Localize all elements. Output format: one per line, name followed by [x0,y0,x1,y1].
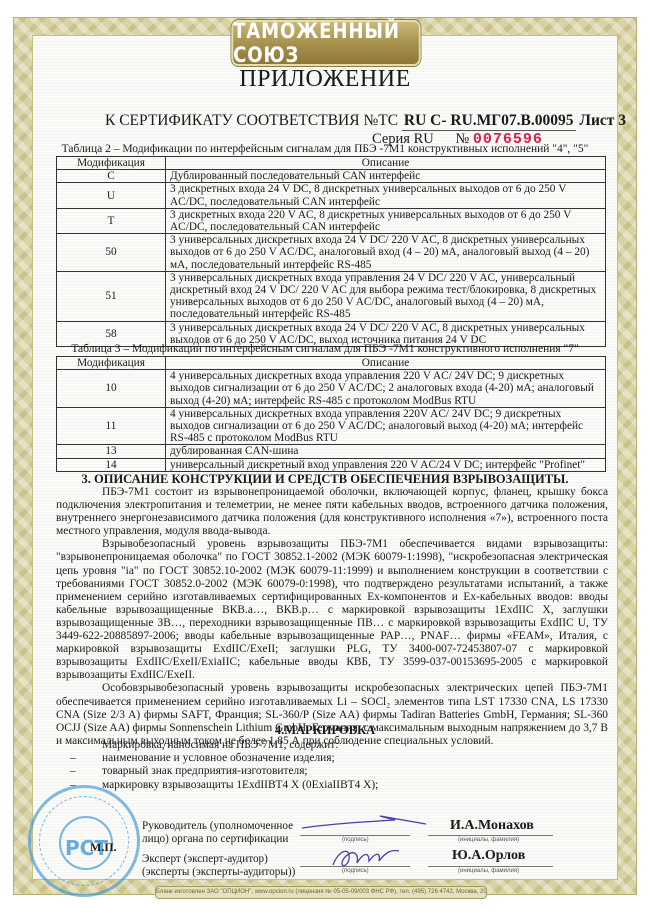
column-header-description: Описание [166,157,606,170]
modification-description: дублированная CAN-шина [166,445,606,458]
document-title: ПРИЛОЖЕНИЕ [0,66,650,93]
table-row: U3 дискретных входа 24 V DC, 8 дискретны… [57,183,606,208]
table-row: 13дублированная CAN-шина [57,445,606,458]
stamp-place-label: М.П. [90,840,117,855]
section4-heading: 4.МАРКИРОВКА [0,723,650,738]
column-header-modification: Модификация [57,157,166,170]
modification-description: универсальный дискретный вход управления… [166,458,606,471]
marking-item-text: товарный знак предприятия-изготовителя; [102,765,308,778]
head-role: Руководитель (уполномоченное лицо) орган… [142,820,293,845]
head-name-hint: (инициалы, фамилия) [458,837,519,843]
dash-bullet-icon: – [70,752,102,765]
expert-name-line [428,866,553,867]
marking-intro: Маркировка, наносимая на ПБЭ-7М1, содерж… [102,739,338,751]
certificate-number: RU C- RU.МГ07.В.00095 [402,112,576,131]
section3-paragraph: Взрывобезопасный уровень взрывозащиты ПБ… [56,538,608,682]
sheet-number: Лист 3 [579,112,626,129]
customs-union-banner: ТАМОЖЕННЫЙ СОЮЗ [231,20,420,66]
table3-modifications: Модификация Описание 104 универсальных д… [56,356,606,472]
head-role-line2: лицо) органа по сертификации [142,833,293,846]
head-signature-hint: (подпись) [342,837,369,843]
head-name-line [428,835,553,836]
modification-description: 4 универсальных дискретных входа управле… [166,370,606,408]
expert-role: Эксперт (эксперт-аудитор) (эксперты (экс… [142,853,295,878]
modification-description: 3 дискретных входа 24 V DC, 8 дискретных… [166,183,606,208]
modification-description: 4 универсальных дискретных входа управле… [166,407,606,445]
head-signature [300,812,430,834]
head-name: И.А.Монахов [450,818,534,834]
table2-caption: Таблица 2 – Модификации по интерфейсным … [0,143,650,155]
dash-bullet-icon: – [70,765,102,778]
table-row: 503 универсальных дискретных входа 24 V … [57,234,606,272]
subtitle-prefix: К СЕРТИФИКАТУ СООТВЕТСТВИЯ [105,112,360,129]
marking-list: –наименование и условное обозначение изд… [70,752,378,792]
marking-item-text: наименование и условное обозначение изде… [102,752,335,765]
table2-modifications: Модификация Описание CДублированный посл… [56,156,606,347]
expert-signature-line [300,866,410,867]
marking-item: –товарный знак предприятия-изготовителя; [70,765,378,778]
section3-body: ПБЭ-7М1 состоит из взрывонепроницаемой о… [56,486,608,748]
modification-code: 10 [57,370,166,408]
head-role-line1: Руководитель (уполномоченное [142,820,293,833]
marking-item-text: маркировку взрывозащиты 1ExdIIBT4 X (0Ex… [102,779,378,792]
column-header-modification: Модификация [57,357,166,370]
expert-signature-hint: (подпись) [342,868,369,874]
table-row: 114 универсальных дискретных входа управ… [57,407,606,445]
section3-heading: 3. ОПИСАНИЕ КОНСТРУКЦИИ И СРЕДСТВ ОБЕСПЕ… [0,472,650,487]
table-row: 104 универсальных дискретных входа управ… [57,370,606,408]
tc-label: №ТС [363,112,398,129]
modification-code: 50 [57,234,166,272]
modification-description: 3 универсальных дискретных входа 24 V DC… [166,234,606,272]
modification-description: Дублированный последовательный CAN интер… [166,170,606,183]
certification-stamp: РСТ [28,785,140,897]
section3-paragraph: ПБЭ-7М1 состоит из взрывонепроницаемой о… [56,486,608,538]
expert-role-line1: Эксперт (эксперт-аудитор) [142,853,295,866]
table-row: T3 дискретных входа 220 V AC, 8 дискретн… [57,208,606,233]
modification-code: C [57,170,166,183]
modification-code: 14 [57,458,166,471]
marking-item: –наименование и условное обозначение изд… [70,752,378,765]
column-header-description: Описание [166,357,606,370]
modification-code: 11 [57,407,166,445]
modification-description: 3 универсальных дискретных входа управле… [166,271,606,321]
modification-description: 3 дискретных входа 220 V AC, 8 дискретны… [166,208,606,233]
expert-role-line2: (эксперты (эксперты-аудиторы)) [142,866,295,879]
modification-code: 13 [57,445,166,458]
marking-item: –маркировку взрывозащиты 1ExdIIBT4 X (0E… [70,779,378,792]
expert-name: Ю.А.Орлов [452,848,525,864]
table-row: 513 универсальных дискретных входа управ… [57,271,606,321]
head-signature-line [300,835,410,836]
certificate-subtitle: К СЕРТИФИКАТУ СООТВЕТСТВИЯ №ТС RU C- RU.… [105,112,626,131]
form-printer-footer: Бланк изготовлен ЗАО "ОПЦИОН", www.opcio… [155,886,487,899]
modification-code: T [57,208,166,233]
table-row: 14универсальный дискретный вход управлен… [57,458,606,471]
expert-name-hint: (инициалы, фамилия) [458,868,519,874]
table-row: CДублированный последовательный CAN инте… [57,170,606,183]
modification-code: 51 [57,271,166,321]
modification-code: U [57,183,166,208]
table3-caption: Таблица 3 – Модификации по интерфейсным … [0,343,650,355]
